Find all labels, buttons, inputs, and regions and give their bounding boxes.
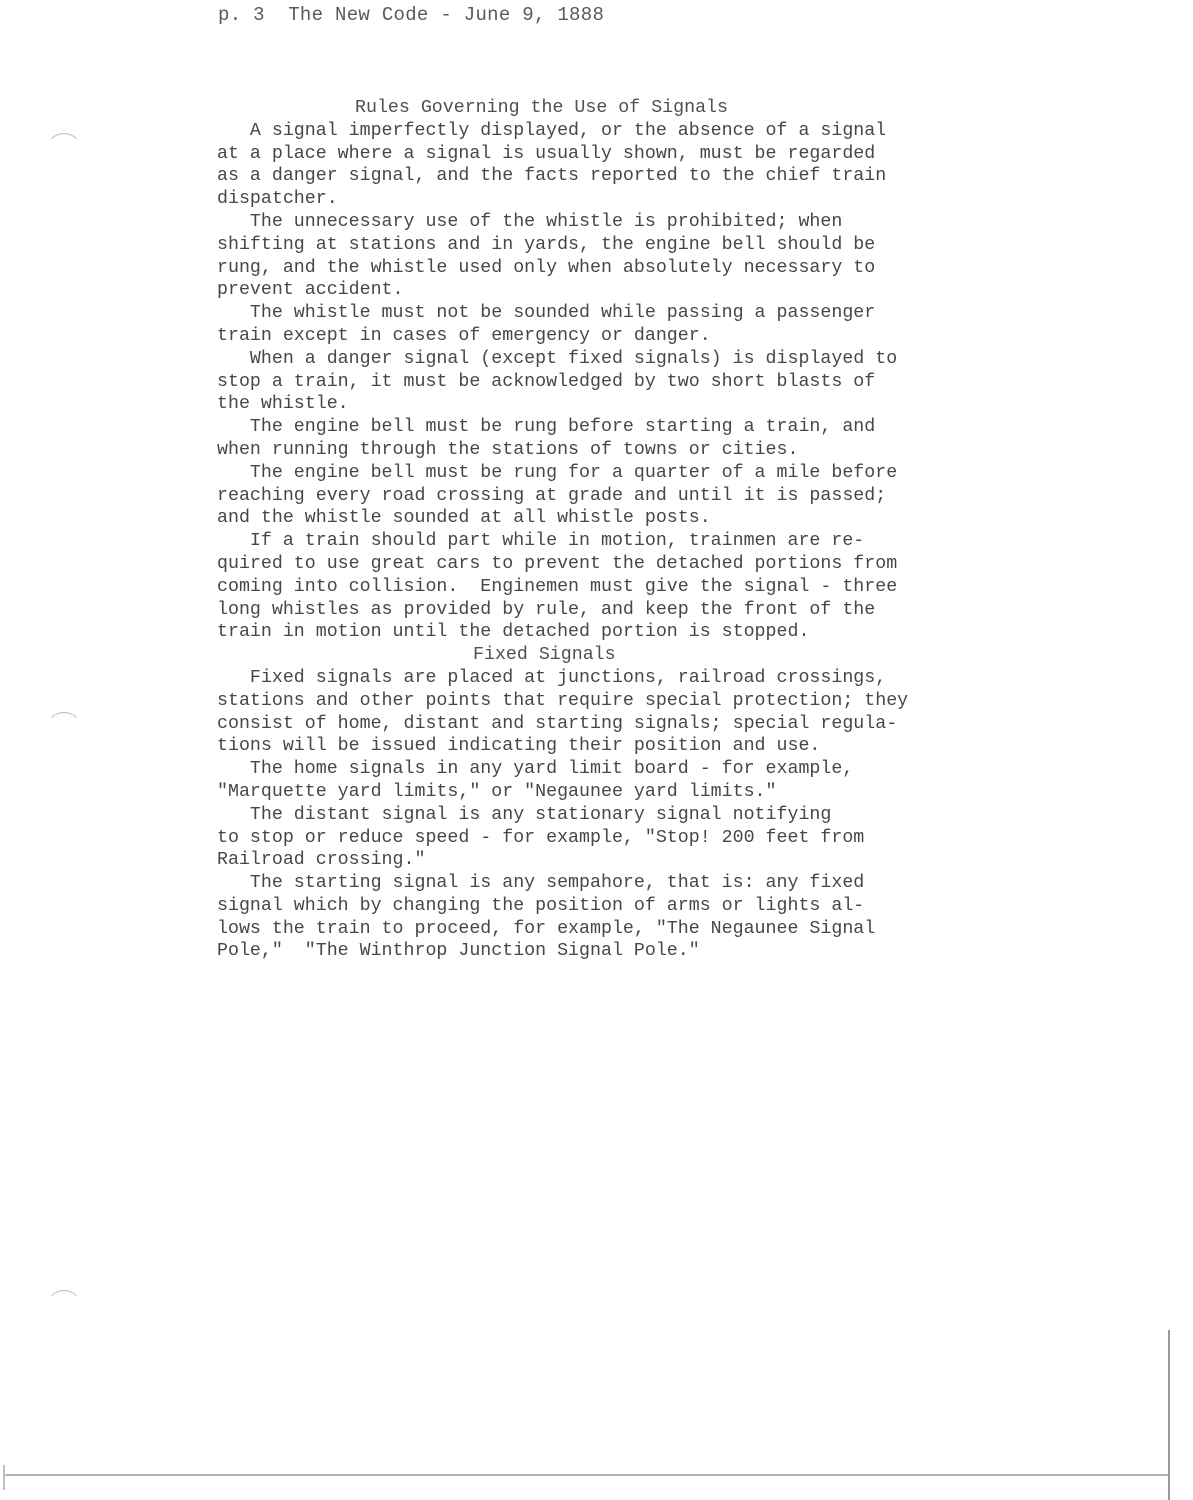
text-line: and the whistle sounded at all whistle p…	[217, 507, 937, 530]
text-line: prevent accident.	[217, 279, 937, 302]
text-line: as a danger signal, and the facts report…	[217, 165, 937, 188]
binder-hole-mark-top	[46, 133, 82, 168]
text-line: The whistle must not be sounded while pa…	[217, 302, 937, 325]
text-line: tions will be issued indicating their po…	[217, 735, 937, 758]
text-line: stop a train, it must be acknowledged by…	[217, 371, 937, 394]
text-line: Pole," "The Winthrop Junction Signal Pol…	[217, 940, 937, 963]
text-line: when running through the stations of tow…	[217, 439, 937, 462]
text-line: When a danger signal (except fixed signa…	[217, 348, 937, 371]
text-line: lows the train to proceed, for example, …	[217, 918, 937, 941]
text-line: The distant signal is any stationary sig…	[217, 804, 937, 827]
text-line: The engine bell must be rung for a quart…	[217, 462, 937, 485]
paper-left-edge	[3, 1465, 5, 1490]
page-header: p. 3 The New Code - June 9, 1888	[218, 4, 604, 26]
text-line: The unnecessary use of the whistle is pr…	[217, 211, 937, 234]
paper-bottom-edge	[5, 1474, 1170, 1476]
text-line: shifting at stations and in yards, the e…	[217, 234, 937, 257]
text-line: the whistle.	[217, 393, 937, 416]
text-line: If a train should part while in motion, …	[217, 530, 937, 553]
text-line: dispatcher.	[217, 188, 937, 211]
section-heading-fixed-signals: Fixed Signals	[217, 644, 937, 667]
text-line: reaching every road crossing at grade an…	[217, 485, 937, 508]
text-line: The home signals in any yard limit board…	[217, 758, 937, 781]
text-line: at a place where a signal is usually sho…	[217, 143, 937, 166]
scanned-page: p. 3 The New Code - June 9, 1888 Rules G…	[0, 0, 1193, 1500]
text-line: long whistles as provided by rule, and k…	[217, 599, 937, 622]
text-line: The starting signal is any sempahore, th…	[217, 872, 937, 895]
text-line: Fixed signals are placed at junctions, r…	[217, 667, 937, 690]
text-line: to stop or reduce speed - for example, "…	[217, 827, 937, 850]
text-line: quired to use great cars to prevent the …	[217, 553, 937, 576]
text-line: "Marquette yard limits," or "Negaunee ya…	[217, 781, 937, 804]
binder-hole-mark-bottom	[46, 1290, 82, 1325]
text-line: rung, and the whistle used only when abs…	[217, 257, 937, 280]
text-line: A signal imperfectly displayed, or the a…	[217, 120, 937, 143]
text-line: coming into collision. Enginemen must gi…	[217, 576, 937, 599]
text-line: consist of home, distant and starting si…	[217, 713, 937, 736]
binder-hole-mark-middle	[46, 712, 82, 747]
paper-right-edge	[1168, 1330, 1170, 1500]
document-body: Rules Governing the Use of Signals A sig…	[217, 97, 937, 963]
section-heading-rules: Rules Governing the Use of Signals	[217, 97, 937, 120]
text-line: train in motion until the detached porti…	[217, 621, 937, 644]
text-line: Railroad crossing."	[217, 849, 937, 872]
text-line: signal which by changing the position of…	[217, 895, 937, 918]
text-line: train except in cases of emergency or da…	[217, 325, 937, 348]
text-line: The engine bell must be rung before star…	[217, 416, 937, 439]
text-line: stations and other points that require s…	[217, 690, 937, 713]
